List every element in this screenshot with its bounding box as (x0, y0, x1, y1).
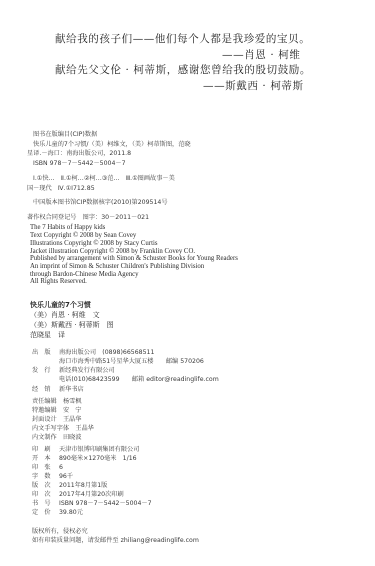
dedication-line-2: 献给先父文伦 · 柯蒂斯，感谢您曾给我的殷切鼓励。 (55, 62, 311, 77)
dedication-signature-2: ——斯戴西 · 柯蒂斯 (203, 78, 304, 93)
cip-line-1: 快乐儿童的7个习惯/（美）柯维文，（美）柯蒂斯图，范晓 (33, 142, 191, 148)
editor-label: 特邀编辑 (32, 407, 57, 414)
spec-row: 开 本890毫米×1270毫米 1/16 (32, 456, 137, 462)
editor-value: 田晓波 (63, 434, 82, 441)
editor-row: 内文手写字体 王晶华 (32, 426, 94, 432)
spec-row: 印 张6 (32, 465, 63, 471)
editor-row: 责任编辑 杨雪枫 (32, 399, 82, 405)
spec-row: 印 次2017年4月第20次印刷 (32, 492, 124, 498)
english-line: The 7 Habits of Happy kids (30, 225, 105, 232)
seller-name: 新华书店 (59, 386, 84, 393)
distributor-label: 发 行 (32, 368, 59, 374)
publisher-address: 海口市海秀中路51号星华大厦五楼 邮编 570206 (59, 359, 204, 365)
spec-row: 印 刷天津市银博印刷集团有限公司 (32, 447, 139, 453)
editor-row: 内文制作 田晓波 (32, 435, 82, 441)
editor-row: 封面设计 王晶华 (32, 417, 82, 423)
spec-value: 2011年8月第1版 (59, 482, 107, 489)
english-line: Illustrations Copyright © 2008 by Stacy … (30, 241, 158, 248)
editor-value: 杨雪枫 (63, 398, 82, 405)
editor-label: 封面设计 (32, 416, 57, 423)
editor-label: 内文制作 (32, 434, 57, 441)
distributor-contact: 电话(010)68423599 邮箱 editor@readinglife.co… (59, 377, 219, 383)
english-line: Text Copyright © 2008 by Sean Covey (30, 233, 136, 240)
publisher-row: 出 版南海出版公司 (0898)66568511 (32, 350, 154, 356)
distributor-row: 发 行新经典发行有限公司 (32, 368, 115, 374)
spec-label: 书 号 (32, 501, 59, 507)
editor-value: 安 宁 (63, 407, 82, 414)
dedication-line-1: 献给我的孩子们——他们每个人都是我珍爱的宝贝。 (55, 31, 310, 46)
spec-label: 印 次 (32, 492, 59, 498)
spec-value: 天津市银博印刷集团有限公司 (59, 446, 139, 453)
cip-core-number: 中国版本图书馆CIP数据核字(2010)第209514号 (33, 200, 168, 206)
spec-value: 39.80元 (59, 509, 83, 516)
spec-value: 890毫米×1270毫米 1/16 (59, 455, 137, 462)
spec-value: ISBN 978－7－5442－5004－7 (59, 500, 152, 507)
copyright-contract: 著作权合同登记号 图字：30－2011－021 (27, 215, 149, 221)
rights-notice: 版权所有，侵权必究 (32, 529, 88, 535)
spec-value: 6 (59, 464, 63, 471)
spec-label: 定 价 (32, 510, 59, 516)
spec-label: 版 次 (32, 483, 59, 489)
english-line: All Rights Reserved. (30, 279, 87, 286)
spec-label: 开 本 (32, 456, 59, 462)
editor-value: 王晶华 (75, 425, 94, 432)
spec-value: 2017年4月第20次印刷 (59, 491, 124, 498)
spec-label: 印 张 (32, 465, 59, 471)
book-translator: 范晓星 译 (30, 332, 65, 339)
editor-label: 内文手写字体 (32, 425, 69, 432)
spec-row: 定 价39.80元 (32, 510, 83, 516)
publisher-name: 南海出版公司 (0898)66568511 (59, 349, 154, 356)
quality-notice: 如有印装质量问题，请发邮件至 zhiliang@readinglife.com (32, 538, 199, 544)
seller-label: 经 销 (32, 387, 59, 393)
book-author: （美）肖恩 · 柯维 文 (30, 312, 100, 319)
book-illustrator: （美）斯戴西 · 柯蒂斯 图 (30, 322, 114, 329)
cip-classification-1: Ⅰ.①快… Ⅱ.①柯…②柯…③范… Ⅲ.①图画故事－美 (33, 176, 175, 182)
spec-row: 字 数96千 (32, 474, 73, 480)
spec-label: 字 数 (32, 474, 59, 480)
cip-heading: 图书在版编目(CIP)数据 (33, 132, 97, 138)
publisher-label: 出 版 (32, 350, 59, 356)
spec-row: 书 号ISBN 978－7－5442－5004－7 (32, 501, 152, 507)
book-title: 快乐儿童的7个习惯 (30, 302, 91, 309)
spec-value: 96千 (59, 473, 73, 480)
seller-row: 经 销新华书店 (32, 387, 84, 393)
cip-line-2: 星译.－海口：南海出版公司，2011.8 (27, 151, 131, 157)
distributor-name: 新经典发行有限公司 (59, 367, 115, 374)
spec-row: 版 次2011年8月第1版 (32, 483, 107, 489)
copyright-page: 献给我的孩子们——他们每个人都是我珍爱的宝贝。 ——肖恩 · 柯维 献给先父文伦… (0, 0, 375, 566)
cip-isbn: ISBN 978－7－5442－5004－7 (33, 161, 126, 167)
english-line: An imprint of Simon & Schuster Children'… (30, 264, 204, 271)
editor-row: 特邀编辑 安 宁 (32, 408, 82, 414)
spec-label: 印 刷 (32, 447, 59, 453)
dedication-signature-1: ——肖恩 · 柯维 (222, 47, 300, 62)
cip-classification-2: 国－现代 Ⅳ.①I712.85 (27, 186, 95, 192)
english-line: Published by arrangement with Simon & Sc… (30, 256, 238, 263)
editor-value: 王晶华 (63, 416, 82, 423)
editor-label: 责任编辑 (32, 398, 57, 405)
